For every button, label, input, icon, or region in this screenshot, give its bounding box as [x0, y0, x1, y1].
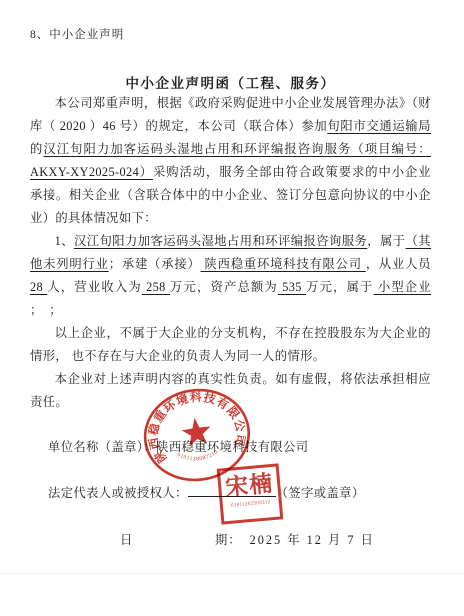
item1-seg7: ； ；: [30, 303, 62, 317]
purchaser-name: 旬阳市交通运输局: [327, 119, 431, 133]
item1-seg1: ，属于: [367, 234, 405, 248]
item1-seg6: 万元，属于: [306, 280, 373, 294]
legal-representative-line: 法定代表人或被授权人：（签字或盖章）: [48, 483, 365, 501]
paragraph-item1: 1、汉江旬阳力加客运码头湿地占用和环评编报咨询服务，属于（其他未列明行业；承建（…: [30, 230, 431, 322]
item1-seg2: ；承建（承接）: [109, 257, 201, 271]
rep-suffix: （签字或盖章）: [276, 486, 365, 500]
service-name: 汉江旬阳力加客运码头湿地占用和环评编报咨询服务: [74, 234, 367, 248]
asset-total: 535: [278, 280, 306, 294]
contractor-name: 陕西稳重环境科技有限公司: [201, 257, 366, 271]
section-label: 8、中小企业声明: [30, 26, 431, 42]
page-title: 中小企业声明函（工程、服务）: [30, 72, 431, 92]
item1-seg5: 万元，资产总额为: [170, 280, 278, 294]
paragraph-responsibility: 本企业对上述声明内容的真实性负责。如有虚假，将依法承担相应责任。: [30, 368, 431, 414]
signature-blank: [188, 485, 276, 497]
item1-number: 1、: [55, 234, 74, 248]
revenue-amount: 258: [142, 280, 170, 294]
item1-seg3: ，从业人员: [366, 257, 431, 271]
unit-name-value: 陕西稳重环境科技有限公司: [156, 440, 308, 454]
employee-count: 28: [30, 280, 47, 294]
date-label: 期：: [215, 533, 242, 547]
document-body: 8、中小企业声明 中小企业声明函（工程、服务） 本公司郑重声明，根据《政府采购促…: [0, 0, 464, 414]
rep-label: 法定代表人或被授权人：: [48, 486, 188, 500]
date-char: 日: [120, 530, 133, 548]
date-line: 期：2025 年 12 月 7 日: [215, 530, 375, 548]
paragraph-declaration: 本公司郑重声明，根据《政府采购促进中小企业发展管理办法》（财库（ 2020 ）4…: [30, 92, 431, 230]
unit-name-label: 单位名称（盖章）：: [48, 440, 156, 454]
date-value: 2025 年 12 月 7 日: [250, 533, 375, 547]
scan-artifact-line: [0, 573, 464, 574]
declaration-document-page: 8、中小企业声明 中小企业声明函（工程、服务） 本公司郑重声明，根据《政府采购促…: [0, 0, 464, 616]
enterprise-type: 小型企业: [374, 280, 431, 294]
paragraph-no-large-enterprise: 以上企业，不属于大企业的分支机构，不存在控股股东为大企业的情形， 也不存在与大企…: [30, 322, 431, 368]
unit-name-line: 单位名称（盖章）：陕西稳重环境科技有限公司: [48, 437, 309, 455]
p1-mid: 的: [30, 142, 43, 156]
item1-seg4: 人，营业收入为: [47, 280, 141, 294]
